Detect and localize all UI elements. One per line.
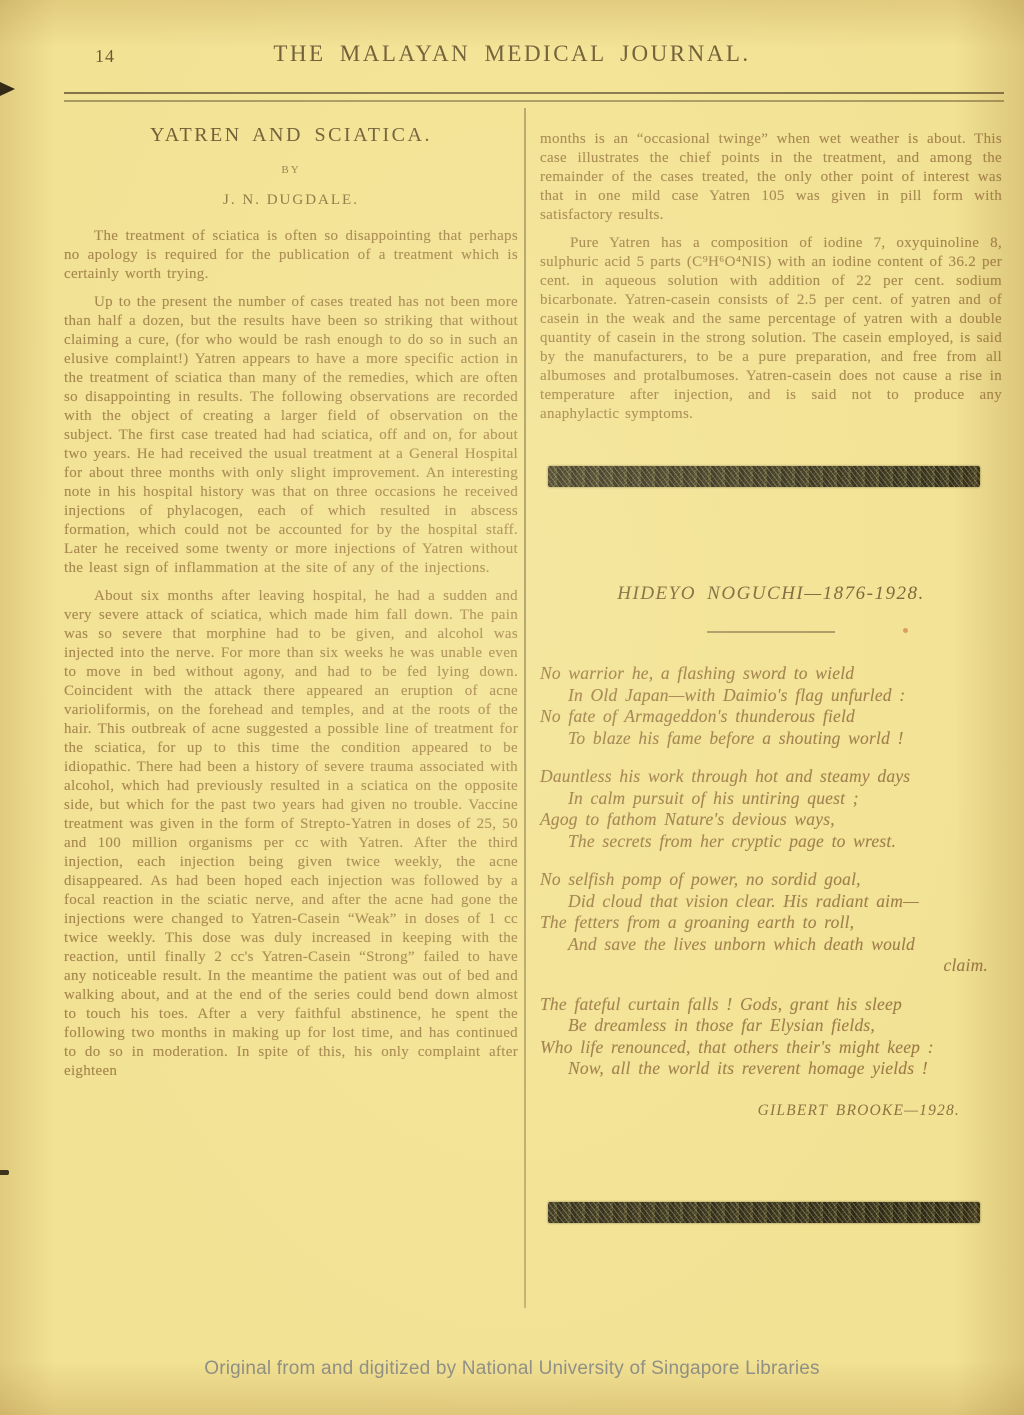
poem-line: The fateful curtain falls ! Gods, grant … (540, 994, 1002, 1016)
poem-line: In Old Japan—with Daimio's flag unfurled… (540, 685, 1002, 707)
poem-line: Who life renounced, that others their's … (540, 1037, 1002, 1059)
poem-signature: GILBERT BROOKE—1928. (540, 1102, 1002, 1120)
poem-stanza: The fateful curtain falls ! Gods, grant … (540, 994, 1002, 1080)
article-body-right: months is an “occasional twinge” when we… (540, 130, 1002, 424)
poem-line: No fate of Armageddon's thunderous field (540, 706, 1002, 728)
left-column: YATREN AND SCIATICA. BY J. N. DUGDALE. T… (64, 118, 518, 1090)
decorative-bar-bottom (548, 1202, 980, 1223)
poem-line: Be dreamless in those far Elysian fields… (540, 1015, 1002, 1037)
article-paragraph: Pure Yatren has a composition of iodine … (540, 234, 1002, 424)
page-edge-arrow-mark (0, 82, 15, 96)
paper-blemish (903, 628, 908, 633)
memorial-rule (707, 631, 835, 633)
poem-line: Dauntless his work through hot and steam… (540, 766, 1002, 788)
poem-line: And save the lives unborn which death wo… (540, 934, 1002, 956)
article-body-left: The treatment of sciatica is often so di… (64, 227, 518, 1081)
page-edge-dash-mark (0, 1170, 9, 1175)
poem-line: claim. (540, 955, 1002, 977)
right-column: months is an “occasional twinge” when we… (540, 118, 1002, 1223)
article-paragraph: The treatment of sciatica is often so di… (64, 227, 518, 284)
memorial-poem: No warrior he, a flashing sword to wield… (540, 663, 1002, 1080)
poem-line: Agog to fathom Nature's devious ways, (540, 809, 1002, 831)
poem-line: The fetters from a groaning earth to rol… (540, 912, 1002, 934)
article-title: YATREN AND SCIATICA. (64, 124, 518, 147)
poem-stanza: No selfish pomp of power, no sordid goal… (540, 869, 1002, 977)
header-rule (64, 92, 1004, 102)
poem-line: No warrior he, a flashing sword to wield (540, 663, 1002, 685)
poem-line: No selfish pomp of power, no sordid goal… (540, 869, 1002, 891)
poem-stanza: No warrior he, a flashing sword to wield… (540, 663, 1002, 749)
article-paragraph: About six months after leaving hospital,… (64, 587, 518, 1081)
poem-line: In calm pursuit of his untiring quest ; (540, 788, 1002, 810)
byline-prefix: BY (64, 164, 518, 176)
memorial-title: HIDEYO NOGUCHI—1876-1928. (540, 583, 1002, 605)
article-paragraph: months is an “occasional twinge” when we… (540, 130, 1002, 225)
poem-line: Did cloud that vision clear. His radiant… (540, 891, 1002, 913)
article-author: J. N. DUGDALE. (64, 192, 518, 209)
poem-line: To blaze his fame before a shouting worl… (540, 728, 1002, 750)
poem-stanza: Dauntless his work through hot and steam… (540, 766, 1002, 852)
poem-line: Now, all the world its reverent homage y… (540, 1058, 1002, 1080)
journal-title: THE MALAYAN MEDICAL JOURNAL. (0, 41, 1024, 67)
article-paragraph: Up to the present the number of cases tr… (64, 293, 518, 578)
column-divider (524, 108, 526, 1308)
journal-page: 14 THE MALAYAN MEDICAL JOURNAL. YATREN A… (0, 0, 1024, 1415)
digitization-credit: Original from and digitized by National … (0, 1358, 1024, 1380)
poem-line: The secrets from her cryptic page to wre… (540, 831, 1002, 853)
decorative-bar-top (548, 466, 980, 487)
